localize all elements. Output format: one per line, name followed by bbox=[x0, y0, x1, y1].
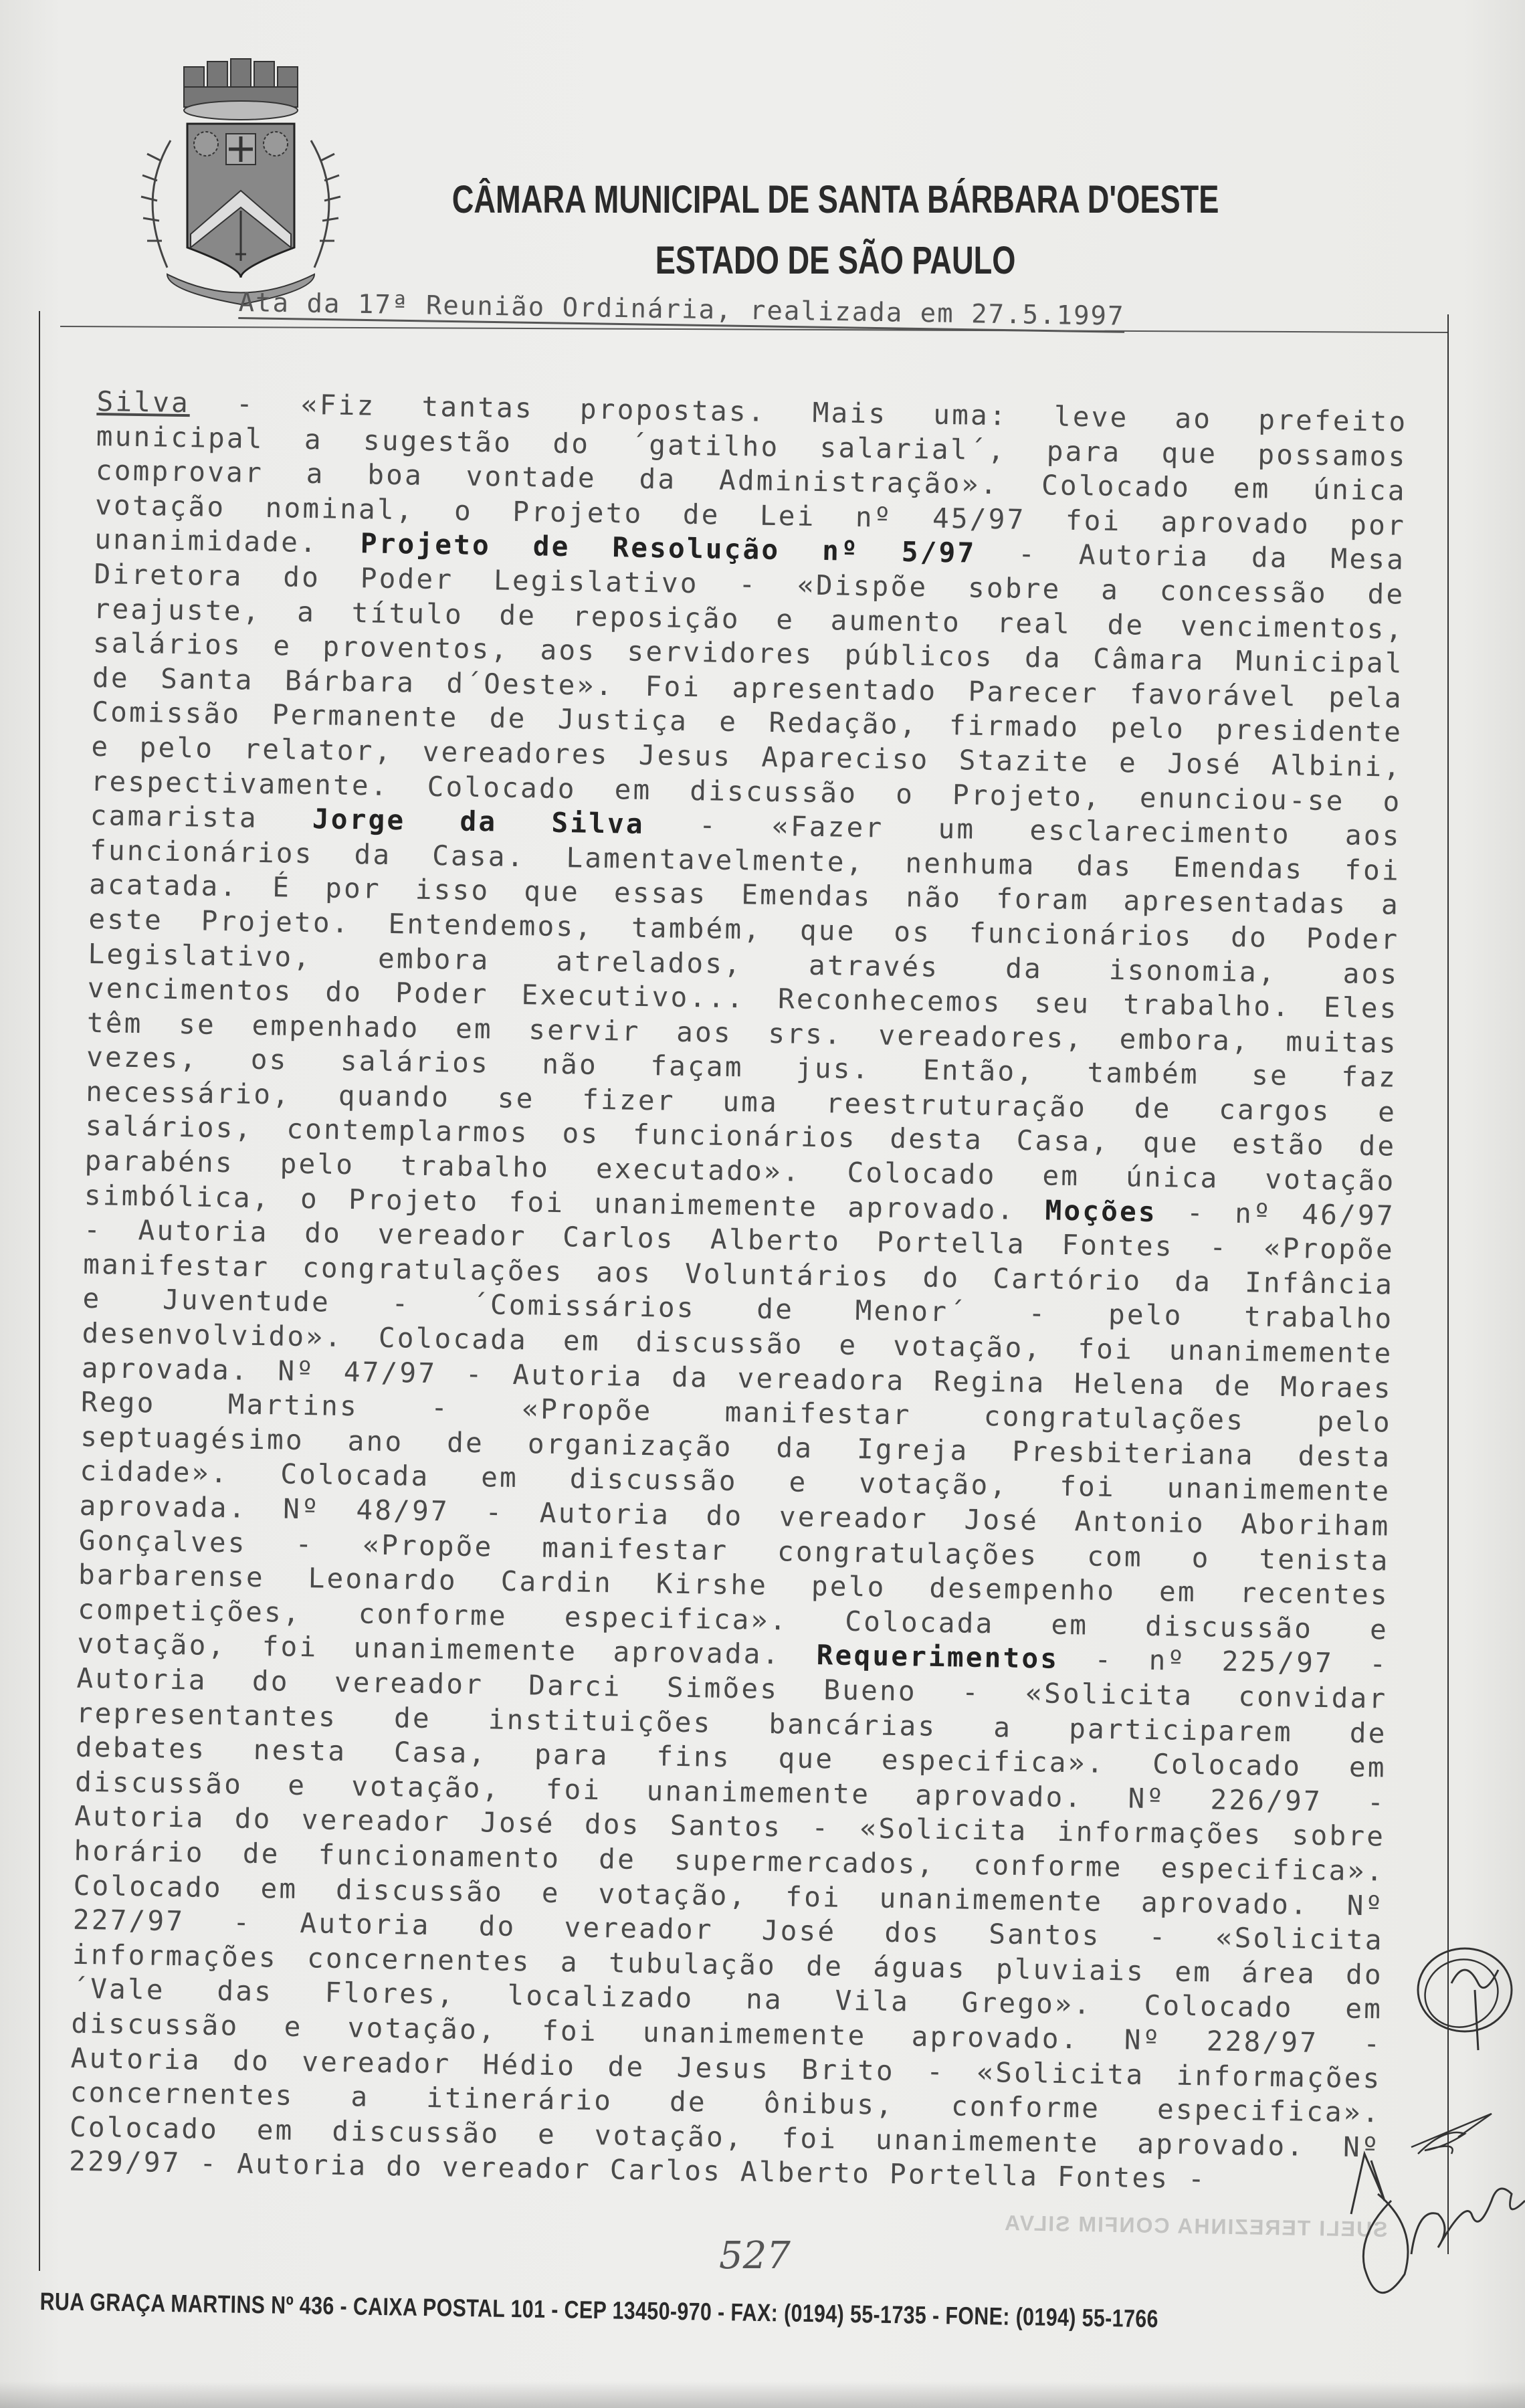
institution-name: CÂMARA MUNICIPAL DE SANTA BÁRBARA D'OEST… bbox=[395, 177, 1276, 222]
body-text-segment: camarista bbox=[90, 799, 313, 835]
body-text-segment: unanimidade. bbox=[94, 523, 361, 559]
handwritten-signature-icon bbox=[1338, 2100, 1525, 2331]
state-name: ESTADO DE SÃO PAULO bbox=[395, 238, 1276, 283]
title-divider bbox=[60, 326, 1448, 333]
bleed-through-stamp: SUELI TEREZINHA CONFIM SILVA bbox=[1003, 2211, 1388, 2242]
page-number: 527 bbox=[719, 2234, 791, 2278]
left-margin-rule bbox=[39, 311, 40, 2271]
body-text-segment: - nº 46/97 bbox=[1156, 1196, 1395, 1232]
speaker-name: Silva bbox=[96, 385, 190, 419]
body-text-segment: - Autoria da Mesa bbox=[976, 537, 1406, 576]
coat-of-arms-icon bbox=[120, 47, 361, 314]
section-heading: Requerimentos bbox=[816, 1639, 1059, 1676]
minutes-body: Silva - «Fiz tantas propostas. Mais uma:… bbox=[69, 385, 1408, 2199]
letterhead: CÂMARA MUNICIPAL DE SANTA BÁRBARA D'OEST… bbox=[395, 177, 1073, 283]
minutes-title: Ata da 17ª Reunião Ordinária, realizada … bbox=[238, 288, 1125, 332]
document-page: CÂMARA MUNICIPAL DE SANTA BÁRBARA D'OEST… bbox=[0, 0, 1525, 2408]
body-text-segment: - nº 225/97 - bbox=[1059, 1643, 1389, 1680]
letterhead-footer-address: RUA GRAÇA MARTINS Nº 436 - CAIXA POSTAL … bbox=[39, 2288, 1203, 2334]
initials-signature-icon bbox=[1411, 1943, 1525, 2060]
section-heading: Jorge da Silva bbox=[312, 803, 645, 840]
scan-edge-shadow bbox=[0, 2381, 1525, 2408]
section-heading: Moções bbox=[1045, 1194, 1157, 1228]
